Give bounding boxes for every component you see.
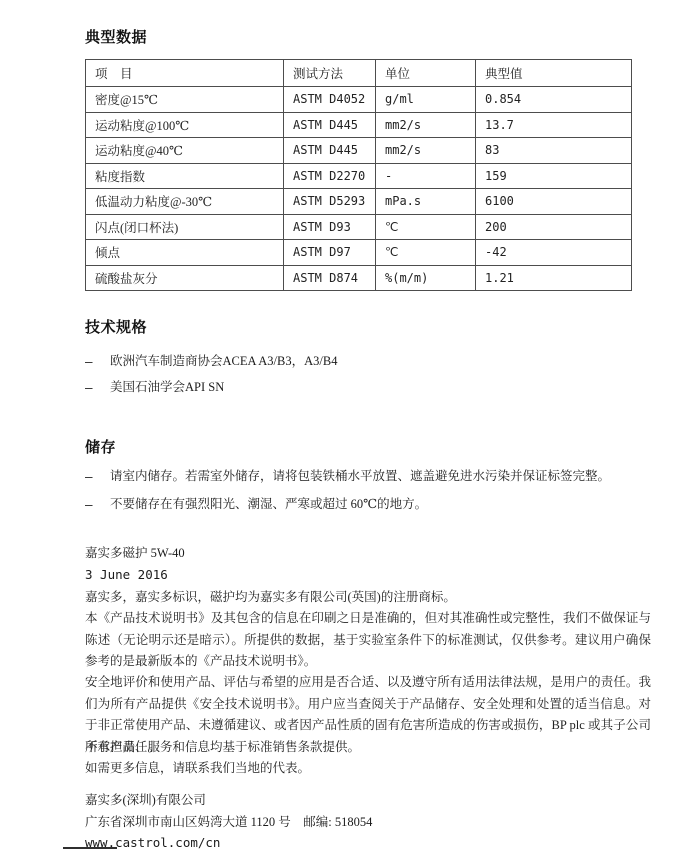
table-cell-method: ASTM D874 [284, 265, 376, 291]
table-row: 低温动力粘度@-30℃ ASTM D5293 mPa.s 6100 [86, 189, 632, 215]
bullet-dash: – [85, 496, 110, 513]
table-cell-method: ASTM D2270 [284, 163, 376, 189]
column-header-test-method: 测试方法 [284, 60, 376, 87]
table-cell-method: ASTM D93 [284, 214, 376, 240]
table-cell-method: ASTM D97 [284, 240, 376, 266]
table-cell-item: 运动粘度@40℃ [86, 138, 284, 164]
table-cell-item: 粘度指数 [86, 163, 284, 189]
tech-spec-item-text: 欧洲汽车制造商协会ACEA A3/B3，A3/B4 [110, 353, 651, 370]
table-cell-item: 硫酸盐灰分 [86, 265, 284, 291]
section-title-tech-spec: 技术规格 [85, 316, 147, 337]
table-cell-unit: - [376, 163, 476, 189]
table-header-row: 项 目 测试方法 单位 典型值 [86, 60, 632, 87]
product-data-sheet-page: 典型数据 项 目 测试方法 单位 典型值 密度@15℃ ASTM D4052 g… [0, 0, 700, 850]
table-row: 粘度指数 ASTM D2270 - 159 [86, 163, 632, 189]
disclaimer-accuracy: 本《产品技术说明书》及其包含的信息在印刷之日是准确的，但对其准确性或完整性，我们… [85, 608, 651, 673]
company-name: 嘉实多(深圳)有限公司 [85, 791, 651, 809]
tech-spec-item: – 美国石油学会API SN [85, 379, 651, 396]
table-cell-unit: g/ml [376, 87, 476, 113]
storage-item-text: 不要储存在有强烈阳光、潮湿、严寒或超过 60℃的地方。 [110, 496, 651, 513]
table-row: 硫酸盐灰分 ASTM D874 %(m/m) 1.21 [86, 265, 632, 291]
table-row: 倾点 ASTM D97 ℃ -42 [86, 240, 632, 266]
page-bottom-divider [63, 847, 117, 849]
section-title-typical-data: 典型数据 [85, 26, 147, 47]
tech-spec-item-text: 美国石油学会API SN [110, 379, 651, 396]
typical-data-table: 项 目 测试方法 单位 典型值 密度@15℃ ASTM D4052 g/ml 0… [85, 59, 632, 291]
footer-product-name: 嘉实多磁护 5W-40 [85, 544, 651, 562]
contact-note: 如需更多信息，请联系我们当地的代表。 [85, 758, 651, 780]
table-cell-unit: mm2/s [376, 112, 476, 138]
table-cell-method: ASTM D445 [284, 138, 376, 164]
table-cell-value: 159 [476, 163, 632, 189]
table-cell-item: 倾点 [86, 240, 284, 266]
table-cell-value: 13.7 [476, 112, 632, 138]
table-cell-item: 运动粘度@100℃ [86, 112, 284, 138]
storage-item-text: 请室内储存。若需室外储存，请将包装铁桶水平放置、遮盖避免进水污染并保证标签完整。 [110, 468, 651, 485]
column-header-unit: 单位 [376, 60, 476, 87]
table-cell-item: 密度@15℃ [86, 87, 284, 113]
table-row: 运动粘度@100℃ ASTM D445 mm2/s 13.7 [86, 112, 632, 138]
table-cell-unit: %(m/m) [376, 265, 476, 291]
column-header-typical-value: 典型值 [476, 60, 632, 87]
bullet-dash: – [85, 379, 110, 396]
table-row: 密度@15℃ ASTM D4052 g/ml 0.854 [86, 87, 632, 113]
section-title-storage: 储存 [85, 436, 116, 457]
table-cell-unit: ℃ [376, 240, 476, 266]
storage-item: – 请室内储存。若需室外储存，请将包装铁桶水平放置、遮盖避免进水污染并保证标签完… [85, 468, 651, 485]
storage-item: – 不要储存在有强烈阳光、潮湿、严寒或超过 60℃的地方。 [85, 496, 651, 513]
table-cell-value: 200 [476, 214, 632, 240]
website-url: www.castrol.com/cn [85, 834, 651, 850]
terms-of-sale-note: 所有产品、服务和信息均基于标准销售条款提供。 [85, 737, 651, 759]
table-cell-value: 83 [476, 138, 632, 164]
footer-date: 3 June 2016 [85, 566, 651, 584]
table-cell-value: 1.21 [476, 265, 632, 291]
table-row: 运动粘度@40℃ ASTM D445 mm2/s 83 [86, 138, 632, 164]
table-cell-unit: ℃ [376, 214, 476, 240]
company-address: 广东省深圳市南山区妈湾大道 1120 号 邮编: 518054 [85, 813, 651, 831]
table-cell-unit: mPa.s [376, 189, 476, 215]
bullet-dash: – [85, 468, 110, 485]
tech-spec-item: – 欧洲汽车制造商协会ACEA A3/B3，A3/B4 [85, 353, 651, 370]
column-header-item: 项 目 [86, 60, 284, 87]
table-cell-method: ASTM D445 [284, 112, 376, 138]
table-cell-value: -42 [476, 240, 632, 266]
table-cell-value: 6100 [476, 189, 632, 215]
table-cell-item: 闪点(闭口杯法) [86, 214, 284, 240]
bullet-dash: – [85, 353, 110, 370]
table-row: 闪点(闭口杯法) ASTM D93 ℃ 200 [86, 214, 632, 240]
table-cell-method: ASTM D5293 [284, 189, 376, 215]
table-cell-item: 低温动力粘度@-30℃ [86, 189, 284, 215]
trademark-notice: 嘉实多，嘉实多标识，磁护均为嘉实多有限公司(英国)的注册商标。 [85, 587, 651, 609]
table-cell-unit: mm2/s [376, 138, 476, 164]
table-cell-value: 0.854 [476, 87, 632, 113]
table-cell-method: ASTM D4052 [284, 87, 376, 113]
